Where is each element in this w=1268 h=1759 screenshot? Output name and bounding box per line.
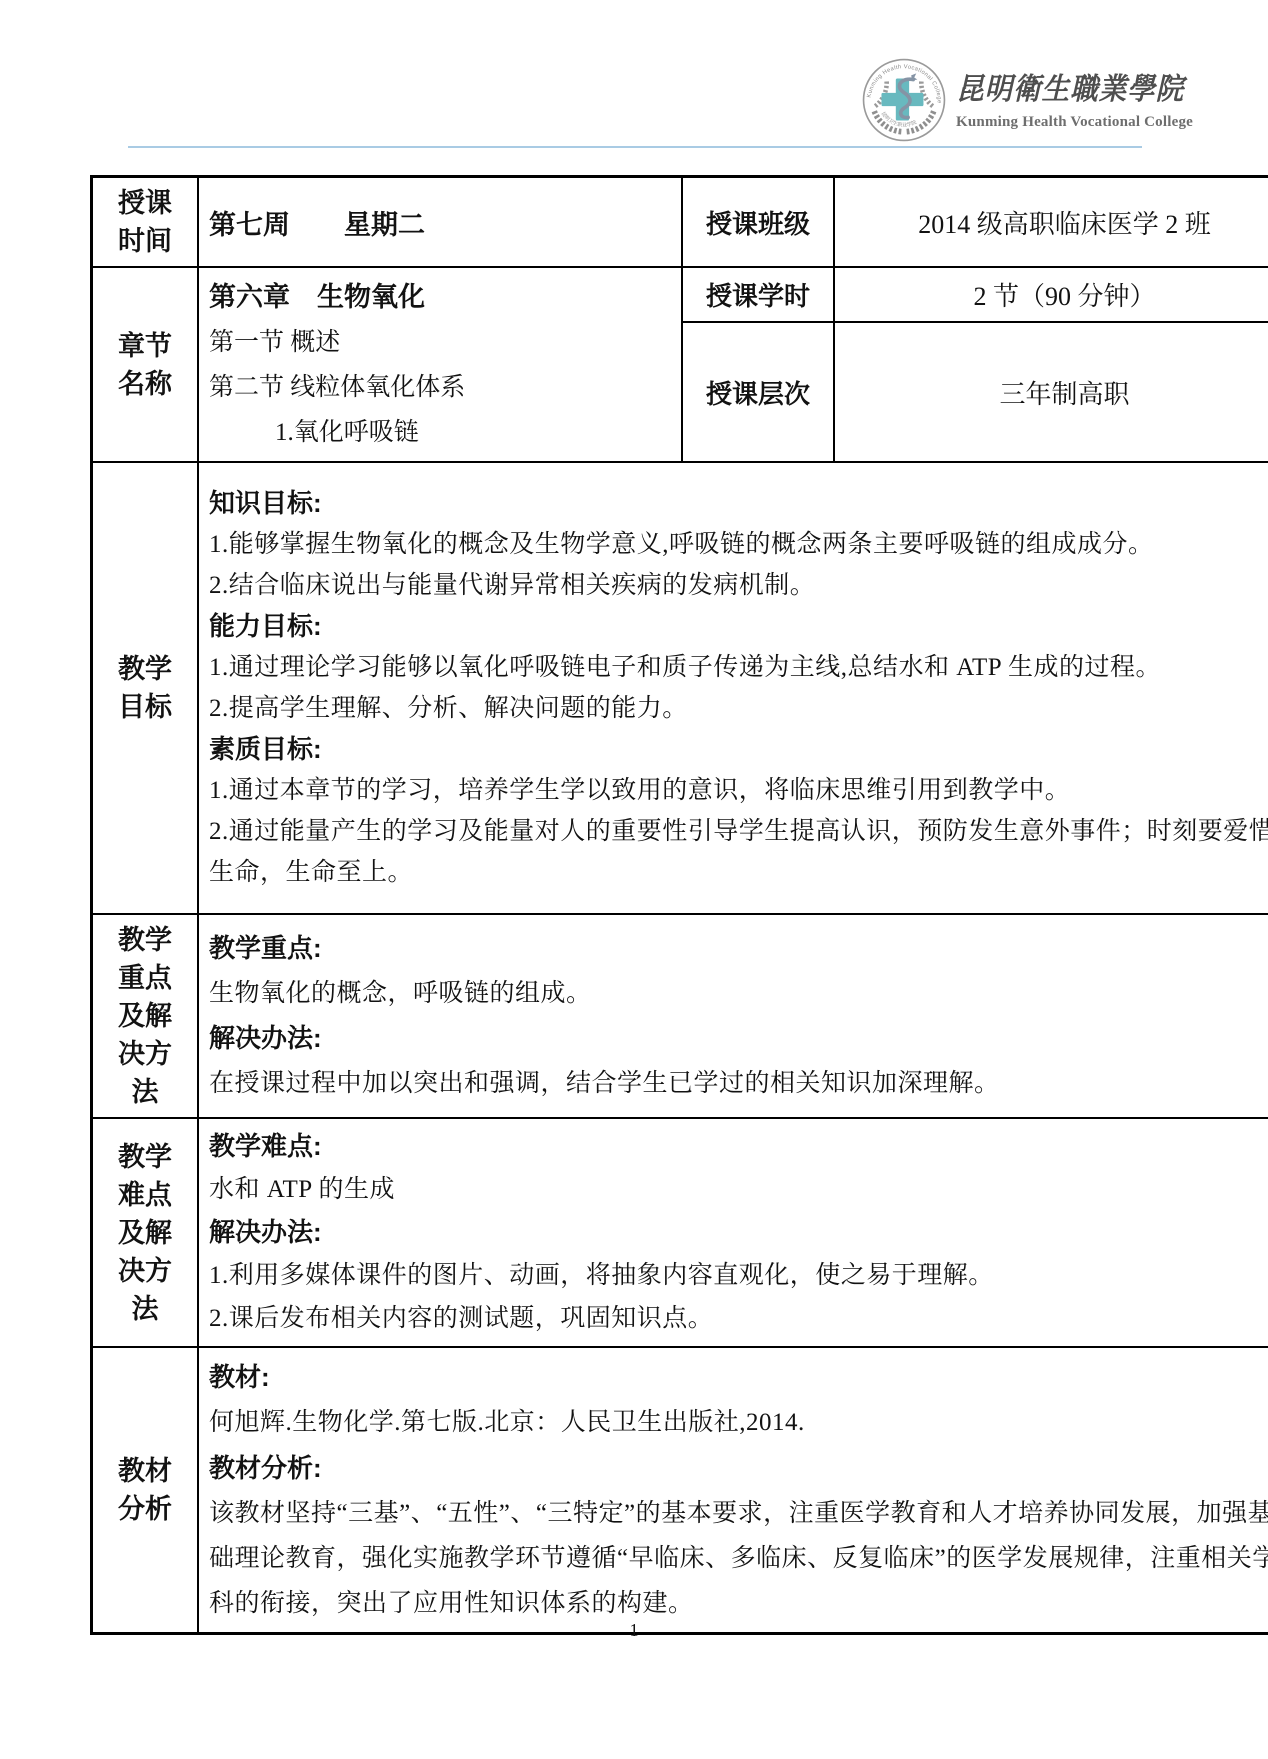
college-seal-logo-icon: Kunming Health Vocational College 昆明卫生职业…: [862, 58, 946, 142]
difficulties-label: 教学难点及解决方法: [116, 1138, 174, 1328]
ability-objective-item: 1.通过理论学习能够以氧化呼吸链电子和质子传递为主线,总结水和 ATP 生成的过…: [209, 647, 1268, 688]
knowledge-objective-item: 2.结合临床说出与能量代谢异常相关疾病的发病机制。: [209, 565, 1268, 606]
difficulties-text: 水和 ATP 的生成: [209, 1168, 1268, 1211]
chapter-subitem: 1.氧化呼吸链: [209, 410, 671, 455]
key-points-content-cell: 教学重点: 生物氧化的概念，呼吸链的组成。 解决办法: 在授课过程中加以突出和强…: [198, 914, 1268, 1118]
textbook-analysis-text: 该教材坚持“三基”、“五性”、“三特定”的基本要求，注重医学教育和人才培养协同发…: [209, 1491, 1268, 1626]
textbook-reference: 何旭辉.生物化学.第七版.北京：人民卫生出版社,2014.: [209, 1400, 1268, 1445]
objectives-label-cell: 教学目标: [92, 462, 199, 914]
quality-objectives-header: 素质目标:: [209, 729, 1268, 770]
table-row-textbook-analysis: 教材分析 教材: 何旭辉.生物化学.第七版.北京：人民卫生出版社,2014. 教…: [92, 1347, 1268, 1634]
key-points-label: 教学重点及解决方法: [116, 921, 174, 1111]
chapter-content-cell: 第六章 生物氧化 第一节 概述 第二节 线粒体氧化体系 1.氧化呼吸链: [198, 267, 682, 462]
ability-objective-item: 2.提高学生理解、分析、解决问题的能力。: [209, 688, 1268, 729]
key-points-solution-header: 解决办法:: [209, 1016, 1268, 1061]
table-row-time: 授课时间 第七周 星期二 授课班级 2014 级高职临床医学 2 班: [92, 177, 1268, 268]
chapter-title: 第六章 生物氧化: [209, 274, 671, 320]
key-points-text: 生物氧化的概念，呼吸链的组成。: [209, 971, 1268, 1016]
page-number: 1: [0, 1620, 1268, 1641]
key-points-header: 教学重点:: [209, 926, 1268, 971]
teaching-time-label-cell: 授课时间: [92, 177, 199, 268]
lesson-plan-table: 授课时间 第七周 星期二 授课班级 2014 级高职临床医学 2 班 章节名称 …: [90, 175, 1268, 1635]
textbook-content-cell: 教材: 何旭辉.生物化学.第七版.北京：人民卫生出版社,2014. 教材分析: …: [198, 1347, 1268, 1634]
class-value: 2014 级高职临床医学 2 班: [834, 177, 1268, 268]
table-row-difficulties: 教学难点及解决方法 教学难点: 水和 ATP 的生成 解决办法: 1.利用多媒体…: [92, 1118, 1268, 1347]
quality-objective-item: 2.通过能量产生的学习及能量对人的重要性引导学生提高认识，预防发生意外事件；时刻…: [209, 811, 1268, 893]
hours-label: 授课学时: [682, 267, 834, 322]
knowledge-objective-item: 1.能够掌握生物氧化的概念及生物学意义,呼吸链的概念两条主要呼吸链的组成成分。: [209, 524, 1268, 565]
level-value: 三年制高职: [834, 322, 1268, 462]
table-row-chapter: 章节名称 第六章 生物氧化 第一节 概述 第二节 线粒体氧化体系 1.氧化呼吸链…: [92, 267, 1268, 322]
college-name-block: 昆明衛生職業學院 Kunming Health Vocational Colle…: [956, 58, 1204, 131]
key-points-solution-text: 在授课过程中加以突出和强调，结合学生已学过的相关知识加深理解。: [209, 1061, 1268, 1106]
lesson-plan-page: Kunming Health Vocational College 昆明卫生职业…: [0, 0, 1268, 1759]
difficulties-solution-item: 1.利用多媒体课件的图片、动画，将抽象内容直观化，使之易于理解。: [209, 1254, 1268, 1297]
header-divider-line: [128, 146, 1142, 148]
hours-value: 2 节（90 分钟）: [834, 267, 1268, 322]
difficulties-header: 教学难点:: [209, 1125, 1268, 1168]
difficulties-content-cell: 教学难点: 水和 ATP 的生成 解决办法: 1.利用多媒体课件的图片、动画，将…: [198, 1118, 1268, 1347]
objectives-content-cell: 知识目标: 1.能够掌握生物氧化的概念及生物学意义,呼吸链的概念两条主要呼吸链的…: [198, 462, 1268, 914]
chapter-section-1: 第一节 概述: [209, 320, 671, 365]
college-name-english: Kunming Health Vocational College: [956, 114, 1204, 131]
key-points-label-cell: 教学重点及解决方法: [92, 914, 199, 1118]
college-name-chinese: 昆明衛生職業學院: [956, 64, 1184, 108]
textbook-header: 教材:: [209, 1354, 1268, 1400]
class-label: 授课班级: [682, 177, 834, 268]
chapter-section-2: 第二节 线粒体氧化体系: [209, 365, 671, 410]
chapter-name-label-cell: 章节名称: [92, 267, 199, 462]
textbook-analysis-header: 教材分析:: [209, 1445, 1268, 1491]
table-row-key-points: 教学重点及解决方法 教学重点: 生物氧化的概念，呼吸链的组成。 解决办法: 在授…: [92, 914, 1268, 1118]
table-row-objectives: 教学目标 知识目标: 1.能够掌握生物氧化的概念及生物学意义,呼吸链的概念两条主…: [92, 462, 1268, 914]
knowledge-objectives-header: 知识目标:: [209, 483, 1268, 524]
difficulties-solution-header: 解决办法:: [209, 1211, 1268, 1254]
chapter-name-label: 章节名称: [116, 327, 174, 403]
difficulties-label-cell: 教学难点及解决方法: [92, 1118, 199, 1347]
quality-objective-item: 1.通过本章节的学习，培养学生学以致用的意识，将临床思维引用到教学中。: [209, 770, 1268, 811]
level-label: 授课层次: [682, 322, 834, 462]
objectives-label: 教学目标: [116, 650, 174, 726]
teaching-time-label: 授课时间: [116, 184, 174, 260]
difficulties-solution-item: 2.课后发布相关内容的测试题，巩固知识点。: [209, 1297, 1268, 1340]
teaching-time-value: 第七周 星期二: [198, 177, 682, 268]
ability-objectives-header: 能力目标:: [209, 606, 1268, 647]
textbook-analysis-label: 教材分析: [116, 1452, 174, 1528]
textbook-analysis-label-cell: 教材分析: [92, 1347, 199, 1634]
college-brand: Kunming Health Vocational College 昆明卫生职业…: [862, 58, 1204, 142]
